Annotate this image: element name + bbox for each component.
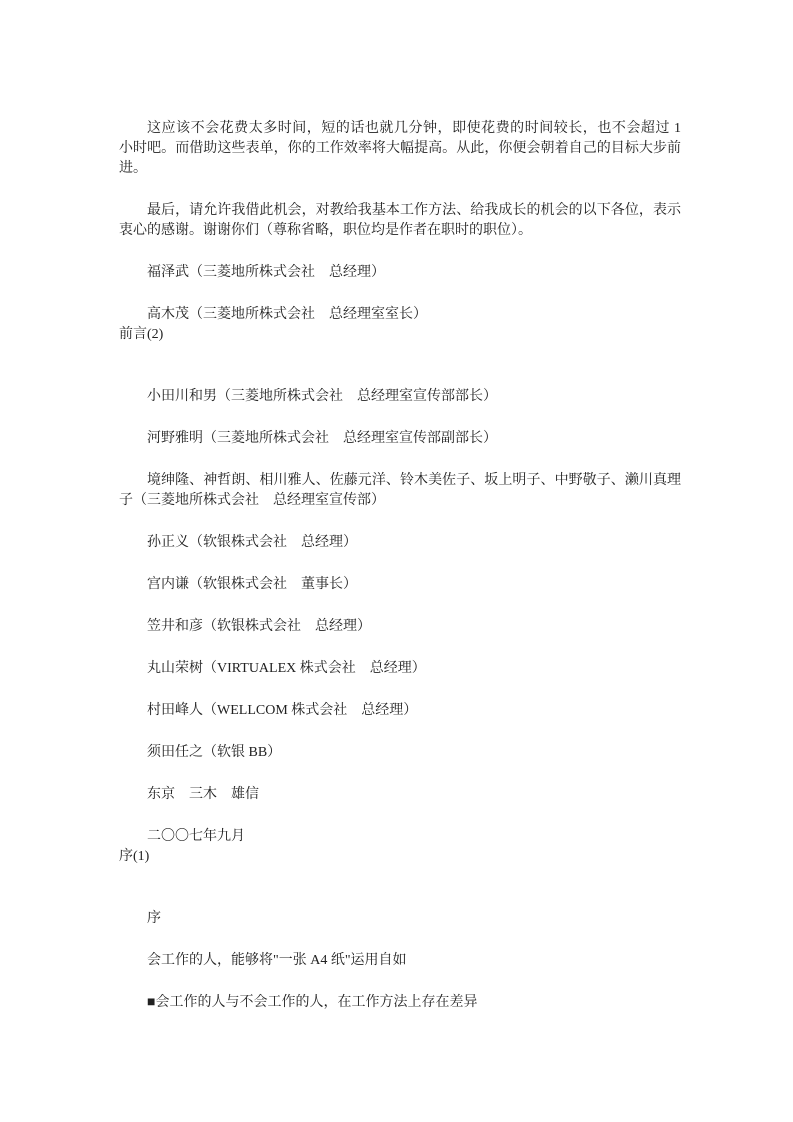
text-line: 这应该不会花费太多时间，短的话也就几分钟，即使花费的时间较长，也不会超过 1 xyxy=(119,119,681,139)
credit-son: 孙正义（软银株式会社 总经理） xyxy=(119,533,681,553)
credit-line: 丸山荣树（VIRTUALEX 株式会社 总经理） xyxy=(119,659,681,679)
credit-maruyama: 丸山荣树（VIRTUALEX 株式会社 总经理） xyxy=(119,659,681,679)
credit-suda: 须田任之（软银 BB） xyxy=(119,743,681,763)
credit-line: 子（三菱地所株式会社 总经理室宣传部） xyxy=(119,491,681,511)
credit-line: 须田任之（软银 BB） xyxy=(119,743,681,763)
credit-kasai: 笠井和彦（软银株式会社 总经理） xyxy=(119,617,681,637)
paragraph-intro: 这应该不会花费太多时间，短的话也就几分钟，即使花费的时间较长，也不会超过 1 小… xyxy=(119,119,681,179)
section-marker-xu: 序(1) xyxy=(119,847,681,867)
credit-line: 小田川和男（三菱地所株式会社 总经理室宣传部部长） xyxy=(119,387,681,407)
credit-line: 宫内谦（软银株式会社 董事长） xyxy=(119,575,681,595)
text-line: 小时吧。而借助这些表单，你的工作效率将大幅提高。从此，你便会朝着自己的目标大步前 xyxy=(119,139,681,159)
credit-line: 笠井和彦（软银株式会社 总经理） xyxy=(119,617,681,637)
credit-line: 境绅隆、神哲朗、相川雅人、佐藤元洋、铃木美佐子、坂上明子、中野敬子、濑川真理 xyxy=(119,471,681,491)
subtitle-a4-paper: 会工作的人，能够将"一张 A4 纸"运用自如 xyxy=(119,951,681,971)
text-line: 进。 xyxy=(119,159,681,179)
date-line: 二〇〇七年九月 序(1) xyxy=(119,827,681,867)
credit-line: 村田峰人（WELLCOM 株式会社 总经理） xyxy=(119,701,681,721)
credit-fukuzawa: 福泽武（三菱地所株式会社 总经理） xyxy=(119,263,681,283)
heading-text: 序 xyxy=(119,909,681,929)
text-line: 衷心的感谢。谢谢你们（尊称省略，职位均是作者在职时的职位）。 xyxy=(119,221,681,241)
credit-line: 河野雅明（三菱地所株式会社 总经理室宣传部副部长） xyxy=(119,429,681,449)
credit-miyauchi: 宫内谦（软银株式会社 董事长） xyxy=(119,575,681,595)
section-marker-qianyan: 前言(2) xyxy=(119,325,681,345)
credit-line: 孙正义（软银株式会社 总经理） xyxy=(119,533,681,553)
bullet-heading-work-methods: ■会工作的人与不会工作的人，在工作方法上存在差异 xyxy=(119,993,681,1013)
credit-odagawa: 小田川和男（三菱地所株式会社 总经理室宣传部部长） xyxy=(119,387,681,407)
author-name: 东京 三木 雄信 xyxy=(119,785,681,805)
credit-takagi: 高木茂（三菱地所株式会社 总经理室室长） 前言(2) xyxy=(119,305,681,345)
credit-kono: 河野雅明（三菱地所株式会社 总经理室宣传部副部长） xyxy=(119,429,681,449)
credit-line: 福泽武（三菱地所株式会社 总经理） xyxy=(119,263,681,283)
document-page: 这应该不会花费太多时间，短的话也就几分钟，即使花费的时间较长，也不会超过 1 小… xyxy=(0,0,793,1122)
text-line: 最后，请允许我借此机会，对教给我基本工作方法、给我成长的机会的以下各位，表示 xyxy=(119,201,681,221)
subtitle-text: 会工作的人，能够将"一张 A4 纸"运用自如 xyxy=(119,951,681,971)
paragraph-thanks: 最后，请允许我借此机会，对教给我基本工作方法、给我成长的机会的以下各位，表示 衷… xyxy=(119,201,681,241)
author-line: 东京 三木 雄信 xyxy=(119,785,681,805)
credit-murata: 村田峰人（WELLCOM 株式会社 总经理） xyxy=(119,701,681,721)
credit-pr-team: 境绅隆、神哲朗、相川雅人、佐藤元洋、铃木美佐子、坂上明子、中野敬子、濑川真理 子… xyxy=(119,471,681,511)
section-heading-xu: 序 xyxy=(119,909,681,929)
credit-line: 高木茂（三菱地所株式会社 总经理室室长） xyxy=(119,305,681,325)
date-text: 二〇〇七年九月 xyxy=(119,827,681,847)
bullet-heading-text: ■会工作的人与不会工作的人，在工作方法上存在差异 xyxy=(119,993,681,1013)
